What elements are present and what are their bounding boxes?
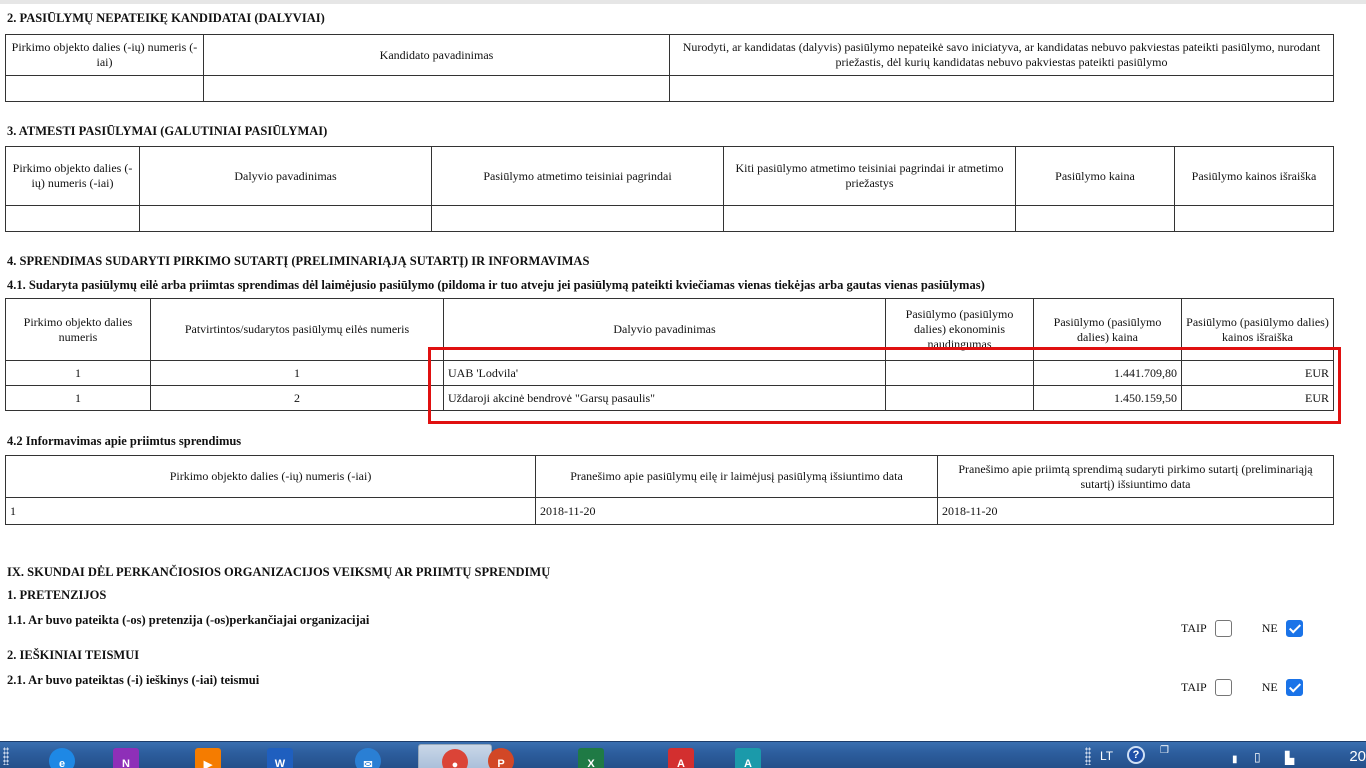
taskbar-grip[interactable] (3, 747, 9, 765)
price-cell: 1.450.159,50 (1034, 386, 1182, 411)
table-cell (204, 76, 670, 102)
lawsuits-no-label: NE (1262, 680, 1278, 695)
help-icon[interactable]: ? (1127, 746, 1145, 764)
taskbar-app-autodesk[interactable]: A (722, 744, 774, 768)
table-header-row: Pirkimo objekto dalies (-ių) numeris (-i… (6, 35, 1334, 76)
lawsuits-yes-label: TAIP (1181, 680, 1207, 695)
language-indicator[interactable]: LT (1100, 749, 1113, 763)
header-cell: Patvirtintos/sudarytos pasiūlymų eilės n… (151, 299, 444, 361)
table-row: 1 2 Uždaroji akcinė bendrovė "Garsų pasa… (6, 386, 1334, 411)
header-cell: Pranešimo apie pasiūlymų eilę ir laimėju… (536, 456, 938, 498)
volume-icon[interactable]: ▮ (1232, 754, 1238, 765)
price-cell: 1.441.709,80 (1034, 361, 1182, 386)
header-cell: Pasiūlymo (pasiūlymo dalies) kainos išra… (1182, 299, 1334, 361)
header-cell: Pasiūlymo atmetimo teisiniai pagrindai (432, 147, 724, 206)
table-cell (432, 206, 724, 232)
lawsuits-yes-no-group: TAIP NE (1181, 679, 1303, 696)
taskbar-app-acrobat[interactable]: A (655, 744, 707, 768)
internet-explorer-icon: e (49, 748, 75, 768)
taskbar-app-word[interactable]: W (254, 744, 306, 768)
section-9-title: IX. SKUNDAI DĖL PERKANČIOSIOS ORGANIZACI… (7, 565, 550, 580)
economic-value-cell (886, 361, 1034, 386)
taskbar-app-thunderbird[interactable]: ✉ (342, 744, 394, 768)
claims-yes-label: TAIP (1181, 621, 1207, 636)
table-header-row: Pirkimo objekto dalies numeris Patvirtin… (6, 299, 1334, 361)
header-cell: Pasiūlymo (pasiūlymo dalies) kaina (1034, 299, 1182, 361)
rank-cell: 1 (151, 361, 444, 386)
part-number-cell: 1 (6, 386, 151, 411)
onenote-icon: N (113, 748, 139, 768)
table-row: 1 2018-11-20 2018-11-20 (6, 498, 1334, 525)
acrobat-icon: A (668, 748, 694, 768)
section-4-1-title: 4.1. Sudaryta pasiūlymų eilė arba priimt… (7, 278, 985, 293)
header-cell: Pirkimo objekto dalies (-ių) numeris (-i… (6, 35, 204, 76)
rank-cell: 2 (151, 386, 444, 411)
bidder-name-cell: Uždaroji akcinė bendrovė "Garsų pasaulis… (444, 386, 886, 411)
lawsuits-title: 2. IEŠKINIAI TEISMUI (7, 648, 139, 663)
part-number-cell: 1 (6, 361, 151, 386)
non-bidders-table: Pirkimo objekto dalies (-ių) numeris (-i… (5, 34, 1334, 102)
tray-grip[interactable] (1085, 747, 1091, 765)
section-3-title: 3. ATMESTI PASIŪLYMAI (GALUTINIAI PASIŪL… (7, 124, 327, 139)
claims-no-checkbox[interactable] (1286, 620, 1303, 637)
claims-question: 1.1. Ar buvo pateikta (-os) pretenzija (… (7, 613, 369, 628)
header-cell: Pasiūlymo kaina (1016, 147, 1175, 206)
excel-icon: X (578, 748, 604, 768)
header-cell: Pirkimo objekto dalies (-ių) numeris (-i… (6, 456, 536, 498)
table-cell (6, 76, 204, 102)
table-cell (724, 206, 1016, 232)
table-row (6, 76, 1334, 102)
claims-yes-checkbox[interactable] (1215, 620, 1232, 637)
header-cell: Pirkimo objekto dalies numeris (6, 299, 151, 361)
lawsuits-yes-checkbox[interactable] (1215, 679, 1232, 696)
economic-value-cell (886, 386, 1034, 411)
word-icon: W (267, 748, 293, 768)
taskbar-app-powerpoint[interactable]: P (475, 744, 527, 768)
autodesk-icon: A (735, 748, 761, 768)
taskbar-app-internet-explorer[interactable]: e (36, 744, 88, 768)
table-cell (6, 206, 140, 232)
taskbar-app-onenote[interactable]: N (100, 744, 152, 768)
taskbar-app-media-player[interactable]: ▶ (182, 744, 234, 768)
restore-window-icon[interactable]: ❐ (1160, 745, 1169, 756)
document-page: 2. PASIŪLYMŲ NEPATEIKĘ KANDIDATAI (DALYV… (0, 0, 1366, 741)
windows-taskbar: eN▶W✉●PXAA LT ? ❐ ▮ ▯ ▙ 20 (0, 741, 1366, 768)
header-cell: Nurodyti, ar kandidatas (dalyvis) pasiūl… (670, 35, 1334, 76)
table-cell: 2018-11-20 (536, 498, 938, 525)
battery-icon[interactable]: ▯ (1254, 750, 1261, 764)
taskbar-app-excel[interactable]: X (565, 744, 617, 768)
currency-cell: EUR (1182, 361, 1334, 386)
clock[interactable]: 20 (1349, 748, 1366, 765)
claims-title: 1. PRETENZIJOS (7, 588, 106, 603)
currency-cell: EUR (1182, 386, 1334, 411)
header-cell: Kandidato pavadinimas (204, 35, 670, 76)
table-cell (670, 76, 1334, 102)
section-2-title: 2. PASIŪLYMŲ NEPATEIKĘ KANDIDATAI (DALYV… (7, 11, 325, 26)
claims-no-label: NE (1262, 621, 1278, 636)
table-cell (1175, 206, 1334, 232)
section-4-title: 4. SPRENDIMAS SUDARYTI PIRKIMO SUTARTĮ (… (7, 254, 589, 269)
table-header-row: Pirkimo objekto dalies (-ių) numeris (-i… (6, 456, 1334, 498)
header-cell: Pirkimo objekto dalies (-ių) numeris (-i… (6, 147, 140, 206)
table-row (6, 206, 1334, 232)
top-scroll-edge (0, 0, 1366, 4)
header-cell: Pasiūlymo (pasiūlymo dalies) ekonominis … (886, 299, 1034, 361)
table-header-row: Pirkimo objekto dalies (-ių) numeris (-i… (6, 147, 1334, 206)
header-cell: Dalyvio pavadinimas (444, 299, 886, 361)
media-player-icon: ▶ (195, 748, 221, 768)
table-row: 1 1 UAB 'Lodvila' 1.441.709,80 EUR (6, 361, 1334, 386)
table-cell (140, 206, 432, 232)
header-cell: Kiti pasiūlymo atmetimo teisiniai pagrin… (724, 147, 1016, 206)
notification-table: Pirkimo objekto dalies (-ių) numeris (-i… (5, 455, 1334, 525)
header-cell: Pranešimo apie priimtą sprendimą sudaryt… (938, 456, 1334, 498)
network-icon[interactable]: ▙ (1285, 751, 1294, 765)
thunderbird-icon: ✉ (355, 748, 381, 768)
header-cell: Pasiūlymo kainos išraiška (1175, 147, 1334, 206)
rejected-bids-table: Pirkimo objekto dalies (-ių) numeris (-i… (5, 146, 1334, 232)
chrome-icon: ● (442, 749, 468, 768)
section-4-2-title: 4.2 Informavimas apie priimtus sprendimu… (7, 434, 241, 449)
bid-ranking-table: Pirkimo objekto dalies numeris Patvirtin… (5, 298, 1334, 411)
table-cell: 2018-11-20 (938, 498, 1334, 525)
powerpoint-icon: P (488, 748, 514, 768)
table-cell: 1 (6, 498, 536, 525)
table-cell (1016, 206, 1175, 232)
lawsuits-question: 2.1. Ar buvo pateiktas (-i) ieškinys (-i… (7, 673, 259, 688)
claims-yes-no-group: TAIP NE (1181, 620, 1303, 637)
header-cell: Dalyvio pavadinimas (140, 147, 432, 206)
lawsuits-no-checkbox[interactable] (1286, 679, 1303, 696)
bidder-name-cell: UAB 'Lodvila' (444, 361, 886, 386)
